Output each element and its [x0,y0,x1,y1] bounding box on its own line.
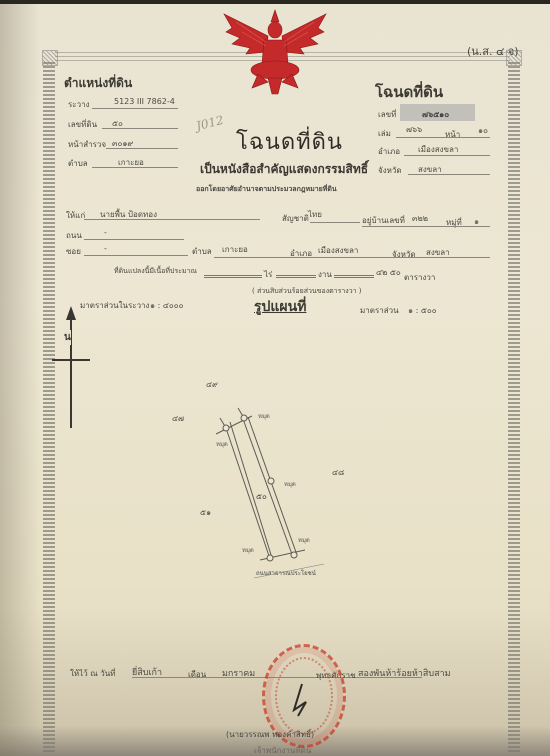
neighbor-label: ๔๙ [206,378,218,391]
field-value-tambon: เกาะยอ [118,156,144,169]
deed-label-volume: เล่ม [378,127,391,140]
deed-value-amphoe: เมืองสงขลา [418,143,458,156]
month-value: มกราคม [222,666,255,680]
field-label-survey-page: หน้าสำรวจ [68,138,106,151]
rai-label: ไร่ [264,268,272,281]
right-border-pattern [508,62,520,752]
nationality-value: ไทย [308,208,322,221]
neighbor-label: ๕๑ [200,506,211,519]
deed-label-page: หน้า [445,128,460,141]
svg-text:หมุด: หมุด [216,441,228,448]
north-arrow-icon [50,304,92,434]
field-value-land-no: ๕๐ [112,117,123,130]
signature-mark [284,680,314,720]
scale-left-value: ๑ : ๔๐๐๐ [150,299,184,312]
road-label: ถนน [66,229,82,242]
svg-text:หมุด: หมุด [298,537,310,544]
deed-value-number: ๗๖๕๑๐ [422,108,449,121]
soi-value: - [104,244,107,253]
land-title-deed-page: (น.ส. ๔ จ) ตำแหน่งที่ดิน ระวาง 5123 III … [0,4,550,756]
field-value-survey-page: ๓๐๑๙ [112,137,133,150]
amphoe-value: เมืองสงขลา [318,244,358,257]
corner-ornament [42,50,58,66]
parcel-number-label: ๕๐ [256,492,267,501]
road-value: - [104,228,107,237]
house-no-value: ๓๒๒ [412,212,428,225]
signer-name: (นายวรรณพ ทองคำสิทธิ์) [226,728,314,741]
scale-right-value: ๑ : ๕๐๐ [408,304,437,317]
amphoe-label: อำเภอ [290,247,312,260]
neighbor-label: ๔๗ [172,412,184,425]
document-subtitle: เป็นหนังสือสำคัญแสดงกรรมสิทธิ์ [200,160,368,179]
year-value: สองพันห้าร้อยห้าสิบสาม [358,666,451,680]
garuda-emblem-icon [222,8,328,96]
document-title: โฉนดที่ดิน [236,124,343,159]
province-label: จังหวัด [392,248,416,261]
deed-label-amphoe: อำเภอ [378,145,400,158]
field-label-land-no: เลขที่ดิน [68,118,97,131]
wa-label: ตารางวา [404,271,435,284]
deed-info-heading: โฉนดที่ดิน [375,80,443,104]
svg-text:หมุด: หมุด [242,547,254,554]
owner-label: ให้แก่ [66,209,85,222]
deed-label-province: จังหวัด [378,164,402,177]
svg-text:หมุด: หมุด [284,481,296,488]
deed-value-page: ๑๐ [478,124,488,137]
parcel-map: หมุด หมุด หมุด หมุด หมุด ๕๐ ถนนสาธารณประ… [160,374,380,594]
north-label: น [64,330,71,345]
deed-value-province: สงขลา [418,163,442,176]
scale-right-label: มาตราส่วน [360,304,399,317]
field-label-rawang: ระวาง [68,98,89,111]
ngan-label: งาน [318,268,332,281]
owner-name: นายพื้น ป้อดทอง [100,208,157,221]
deed-label-number: เลขที่ [378,108,396,121]
field-value-rawang: 5123 III 7862-4 [114,97,175,106]
tambon-label: ตำบล [192,245,212,258]
area-label: ที่ดินแปลงนี้มีเนื้อที่ประมาณ [114,266,197,277]
deed-value-volume: ๗๖๖ [406,123,422,136]
day-value: ยี่สิบเก้า [132,665,162,679]
handwritten-note: J012 [195,113,225,133]
signer-title: เจ้าพนักงานที่ดิน [254,744,311,756]
tambon-value: เกาะยอ [222,243,248,256]
field-label-tambon: ตำบล [68,157,88,170]
moo-label: หมู่ที่ [446,216,462,229]
neighbor-label: ๔๘ [332,466,344,479]
land-position-heading: ตำแหน่งที่ดิน [64,74,132,93]
nationality-label: สัญชาติ [282,212,309,225]
svg-text:หมุด: หมุด [258,413,270,420]
form-code: (น.ส. ๔ จ) [467,42,519,60]
soi-label: ซอย [66,245,81,258]
given-at-label: ให้ไว้ ณ วันที่ [70,667,115,680]
issued-by-statement: ออกโดยอาศัยอำนาจตามประมวลกฎหมายที่ดิน [196,184,337,195]
area-wa-value: ๔๒ ๕๐ [376,266,401,279]
month-label: เดือน [188,668,206,681]
map-title: รูปแผนที่ [254,296,306,318]
